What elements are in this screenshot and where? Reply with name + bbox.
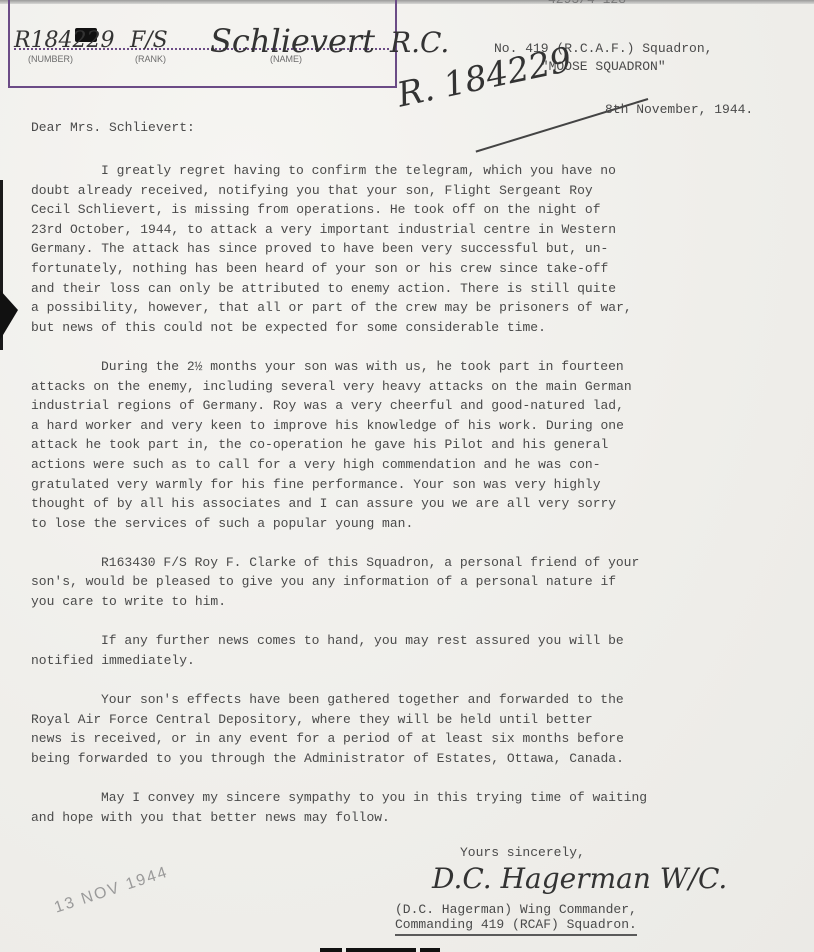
stamp-label-number: (NUMBER)	[28, 54, 73, 64]
paragraph-5: Your son's effects have been gathered to…	[31, 690, 791, 768]
paragraph-1: I greatly regret having to confirm the t…	[31, 161, 791, 337]
paragraph-5-text: Your son's effects have been gathered to…	[31, 692, 624, 766]
paragraph-6-text: May I convey my sincere sympathy to you …	[31, 790, 647, 825]
paragraph-1-text: I greatly regret having to confirm the t…	[31, 163, 632, 335]
paragraph-2-text: During the 2½ months your son was with u…	[31, 359, 632, 531]
edge-bar	[346, 948, 416, 952]
salutation: Dear Mrs. Schlievert:	[31, 120, 195, 135]
closing: Yours sincerely,	[460, 845, 585, 860]
handwritten-surname: Schlievert	[210, 22, 375, 60]
file-reference: 4293/4-128	[548, 0, 626, 7]
edge-bar	[420, 948, 440, 952]
handwritten-initials: R.C.	[390, 26, 449, 59]
paragraph-3-text: R163430 F/S Roy F. Clarke of this Squadr…	[31, 555, 639, 609]
letter-page: 4293/4-128 FOR H.Q. OTTAWA (NUMBER) (RAN…	[0, 0, 814, 952]
paragraph-3: R163430 F/S Roy F. Clarke of this Squadr…	[31, 553, 791, 612]
edge-bar	[320, 948, 342, 952]
paragraph-4-text: If any further news comes to hand, you m…	[31, 633, 624, 668]
stamp-header: FOR H.Q. OTTAWA	[130, 0, 319, 1]
handwritten-signature: D.C. Hagerman W/C.	[432, 862, 727, 895]
handwritten-rank: F/S	[130, 28, 168, 53]
stamp-label-rank: (RANK)	[135, 54, 166, 64]
bottom-edge-marks	[320, 948, 440, 952]
received-date-stamp: 13 NOV 1944	[52, 864, 171, 918]
handwritten-service-number: R184229	[14, 28, 115, 53]
letter-body: I greatly regret having to confirm the t…	[31, 161, 791, 847]
left-edge-arrow-mark	[0, 290, 18, 340]
signatory-command: Commanding 419 (RCAF) Squadron.	[395, 917, 637, 932]
letter-date: 8th November, 1944.	[605, 102, 753, 117]
signatory-name-title: (D.C. Hagerman) Wing Commander,	[395, 902, 637, 917]
signature-block: (D.C. Hagerman) Wing Commander, Commandi…	[395, 902, 637, 936]
paragraph-4: If any further news comes to hand, you m…	[31, 631, 791, 670]
paragraph-6: May I convey my sincere sympathy to you …	[31, 788, 791, 827]
paragraph-2: During the 2½ months your son was with u…	[31, 357, 791, 533]
